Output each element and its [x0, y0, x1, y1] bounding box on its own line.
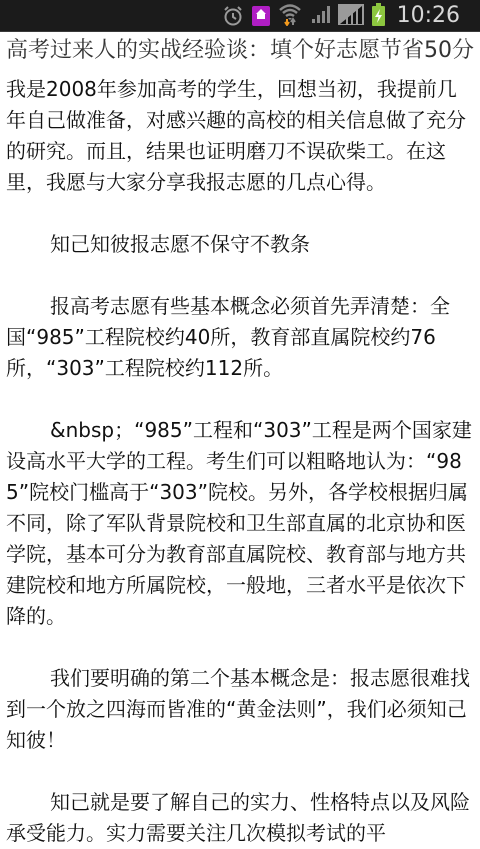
alarm-icon: [222, 5, 244, 27]
spacer: [6, 260, 474, 291]
spacer: [6, 384, 474, 415]
status-icons: 10:26: [222, 0, 460, 32]
clock: 10:26: [397, 0, 460, 32]
home-app-icon: [252, 6, 270, 26]
article: 高考过来人的实战经验谈：填个好志愿节省50分 我是2008年参加高考的学生，回想…: [0, 33, 480, 800]
paragraph: &nbsp；“985”工程和“303”工程是两个国家建设高水平大学的工程。考生们…: [6, 415, 474, 632]
signal-icon: [310, 4, 330, 28]
section-heading: 知己知彼报志愿不保守不教条: [6, 229, 474, 260]
status-bar: 10:26: [0, 0, 480, 32]
paragraph: 报高考志愿有些基本概念必须首先弄清楚：全国“985”工程院校约40所，教育部直属…: [6, 291, 474, 384]
battery-charging-icon: [372, 6, 385, 26]
paragraph: 我是2008年参加高考的学生，回想当初，我提前几年自己做准备，对感兴趣的高校的相…: [6, 74, 474, 198]
article-title: 高考过来人的实战经验谈：填个好志愿节省50分: [6, 36, 474, 65]
paragraph: 知己就是要了解自己的实力、性格特点以及风险承受能力。实力需要关注几次模拟考试的平: [6, 787, 474, 800]
spacer: [6, 632, 474, 663]
signal-full-icon: [338, 3, 364, 29]
spacer: [6, 198, 474, 229]
spacer: [6, 756, 474, 787]
paragraph: 我们要明确的第二个基本概念是：报志愿很难找到一个放之四海而皆准的“黄金法则”，我…: [6, 663, 474, 756]
wifi-icon: [278, 2, 302, 30]
